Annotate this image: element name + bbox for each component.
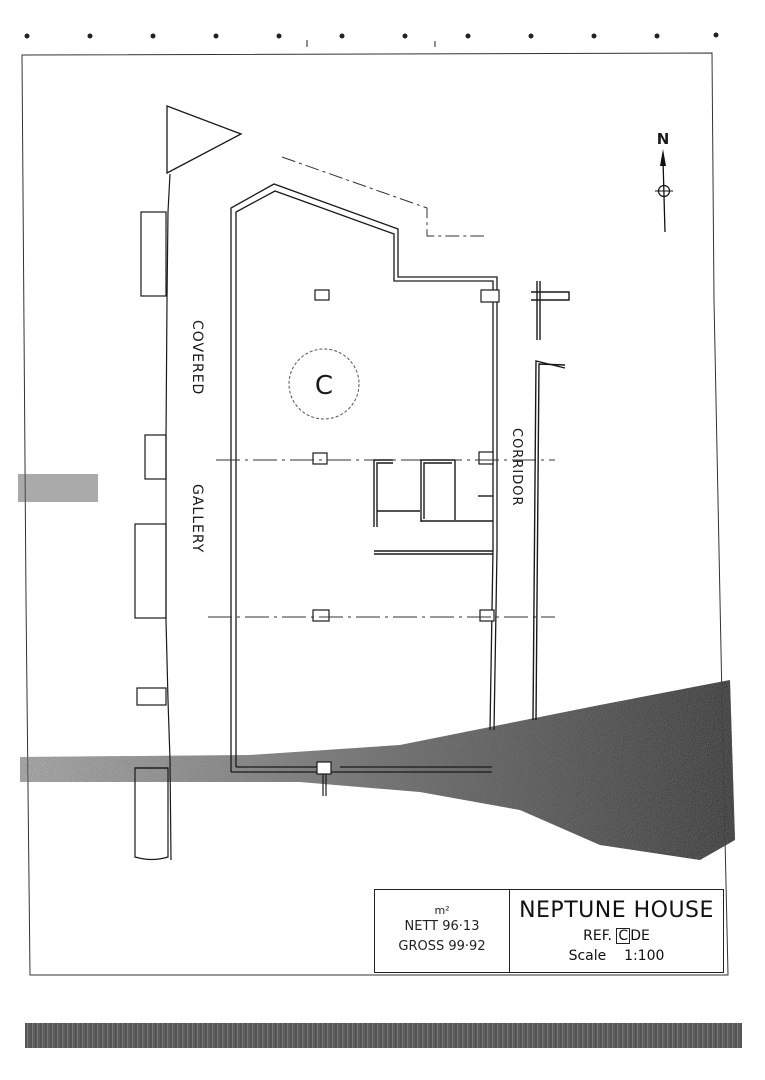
entrance-triangle xyxy=(167,106,241,173)
area-schedule: m² NETT 96·13 GROSS 99·92 xyxy=(375,890,510,972)
corridor-walls xyxy=(531,281,569,720)
scan-smudge xyxy=(18,474,735,860)
scale: Scale 1:100 xyxy=(569,946,665,966)
scale-label: Scale xyxy=(569,948,607,964)
gross-area: GROSS 99·92 xyxy=(398,937,485,957)
internal-partitions xyxy=(374,460,493,554)
ref-boxed-code: C xyxy=(616,928,630,944)
label-covered: COVERED xyxy=(189,320,205,395)
nett-area: NETT 96·13 xyxy=(405,917,480,937)
north-label: N xyxy=(657,130,670,148)
scan-footer-bar xyxy=(25,1023,742,1048)
ref-label: REF. xyxy=(583,928,612,944)
label-corridor: CORRIDOR xyxy=(509,428,524,506)
columns xyxy=(313,290,499,796)
nett-label: NETT xyxy=(405,919,439,934)
unit-walls xyxy=(231,184,497,772)
unit-marker: C xyxy=(289,349,359,419)
area-unit: m² xyxy=(434,905,449,917)
nett-value: 96·13 xyxy=(442,919,479,934)
building-name: NEPTUNE HOUSE xyxy=(519,896,714,926)
gross-value: 99·92 xyxy=(448,939,485,954)
title-block: m² NETT 96·13 GROSS 99·92 NEPTUNE HOUSE … xyxy=(374,889,724,973)
drawing-title: NEPTUNE HOUSE REF. CDE Scale 1:100 xyxy=(510,890,723,972)
grid-lines xyxy=(208,460,555,617)
punch-marks xyxy=(25,33,719,48)
label-gallery: GALLERY xyxy=(189,484,205,553)
gross-label: GROSS xyxy=(398,939,444,954)
ref-suffix: DE xyxy=(630,928,650,944)
north-arrow: N xyxy=(655,130,673,232)
unit-marker-label: C xyxy=(315,371,333,401)
scale-value: 1:100 xyxy=(624,948,664,964)
reference: REF. CDE xyxy=(583,926,650,946)
